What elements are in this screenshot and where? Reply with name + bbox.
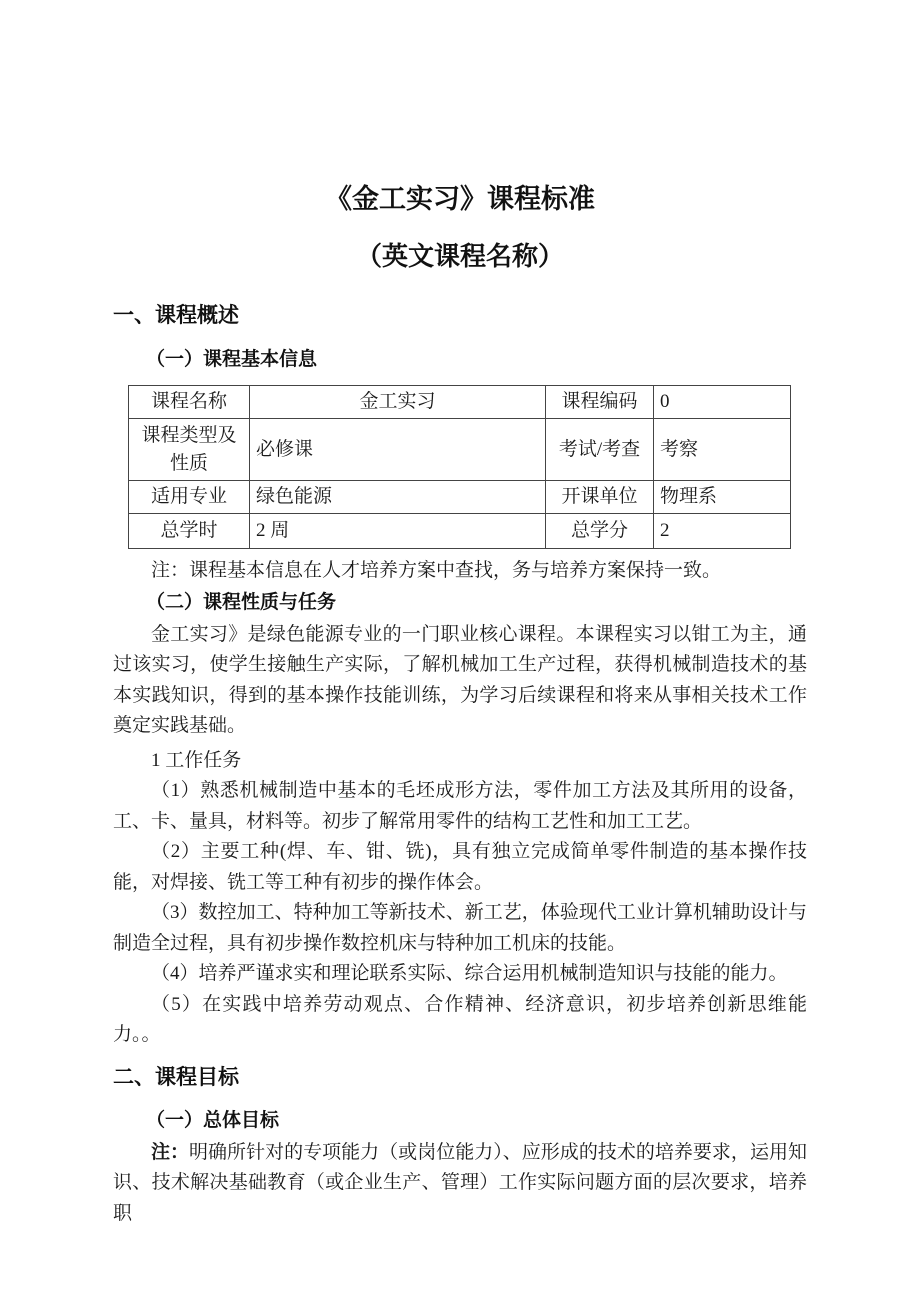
table-row: 课程名称 金工实习 课程编码 0 [129,386,791,419]
document-page: 《金工实习》课程标准 （英文课程名称） 一、课程概述 （一）课程基本信息 课程名… [0,0,920,1302]
course-name-value: 金工实习 [250,386,546,419]
exam-type-label: 考试/考查 [546,419,654,481]
credits-value: 2 [654,514,791,549]
table-row: 总学时 2 周 总学分 2 [129,514,791,549]
task-item-2: （2）主要工种(焊、车、钳、铣)，具有独立完成简单零件制造的基本操作技能，对焊接… [113,837,807,898]
overall-goal-heading: （一）总体目标 [146,1108,807,1134]
goal-note-paragraph: 注：明确所针对的专项能力（或岗位能力）、应形成的技术的培养要求，运用知识、技术解… [113,1138,807,1230]
doc-subtitle: （英文课程名称） [113,240,807,272]
hours-value: 2 周 [250,514,546,549]
course-name-label: 课程名称 [129,386,250,419]
major-label: 适用专业 [129,481,250,514]
major-value: 绿色能源 [250,481,546,514]
goal-note-label: 注： [151,1142,189,1163]
course-type-label: 课程类型及性质 [129,419,250,481]
credits-label: 总学分 [546,514,654,549]
section2-heading: 二、课程目标 [113,1064,807,1092]
course-type-value: 必修课 [250,419,546,481]
task-item-4: （4）培养严谨求实和理论联系实际、综合运用机械制造知识与技能的能力。 [113,959,807,990]
course-code-label: 课程编码 [546,386,654,419]
basic-info-heading: （一）课程基本信息 [146,347,807,373]
course-code-value: 0 [654,386,791,419]
goal-note-body: 明确所针对的专项能力（或岗位能力）、应形成的技术的培养要求，运用知识、技术解决基… [113,1142,807,1224]
unit-label: 开课单位 [546,481,654,514]
exam-type-value: 考察 [654,419,791,481]
task-item-1: （1）熟悉机械制造中基本的毛坯成形方法，零件加工方法及其所用的设备，工、卡、量具… [113,776,807,837]
nature-heading: （二）课程性质与任务 [146,590,807,616]
table-note: 注：课程基本信息在人才培养方案中查找，务与培养方案保持一致。 [113,556,807,587]
section1-heading: 一、课程概述 [113,302,807,330]
task-item-3: （3）数控加工、特种加工等新技术、新工艺，体验现代工业计算机辅助设计与制造全过程… [113,898,807,959]
doc-title: 《金工实习》课程标准 [113,0,807,215]
unit-value: 物理系 [654,481,791,514]
page-content: 《金工实习》课程标准 （英文课程名称） 一、课程概述 （一）课程基本信息 课程名… [0,0,920,1229]
course-info-table: 课程名称 金工实习 课程编码 0 课程类型及性质 必修课 考试/考查 考察 适用… [128,385,791,549]
task-title: 1 工作任务 [113,746,807,777]
table-row: 课程类型及性质 必修课 考试/考查 考察 [129,419,791,481]
table-row: 适用专业 绿色能源 开课单位 物理系 [129,481,791,514]
course-intro-paragraph: 金工实习》是绿色能源专业的一门职业核心课程。本课程实习以钳工为主，通过该实习，使… [113,620,807,742]
hours-label: 总学时 [129,514,250,549]
task-item-5: （5）在实践中培养劳动观点、合作精神、经济意识，初步培养创新思维能力。。 [113,990,807,1051]
